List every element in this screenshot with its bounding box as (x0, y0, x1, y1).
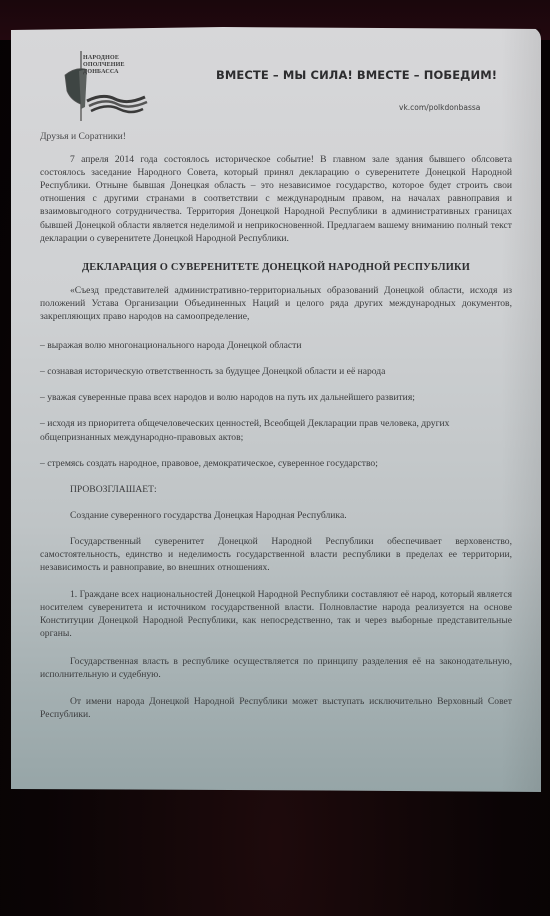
printed-leaflet: НАРОДНОЕ ОПОЛЧЕНИЕ ДОНБАССА ВМЕСТЕ – МЫ … (11, 27, 541, 792)
logo-text: НАРОДНОЕ ОПОЛЧЕНИЕ ДОНБАССА (83, 55, 125, 76)
clause-2: – сознавая историческую ответственность … (40, 365, 512, 378)
slogan-heading: ВМЕСТЕ – МЫ СИЛА! ВМЕСТЕ – ПОБЕДИМ! (216, 68, 497, 82)
clause-4: – исходя из приоритета общечеловеческих … (40, 417, 512, 443)
declaration-title: ДЕКЛАРАЦИЯ О СУВЕРЕНИТЕТЕ ДОНЕЦКОЙ НАРОД… (40, 261, 512, 274)
clause-1: – выражая волю многонационального народа… (40, 339, 512, 352)
proclaims-label: ПРОВОЗГЛАШАЕТ: (70, 483, 512, 496)
document-body: Друзья и Соратники! 7 апреля 2014 года с… (40, 130, 512, 735)
logo-line-3: ДОНБАССА (83, 69, 125, 76)
clause-3: – уважая суверенные права всех народов и… (40, 391, 512, 404)
sovereignty-paragraph: Государственный суверенитет Донецкой Нар… (40, 535, 512, 574)
supreme-council-paragraph: От имени народа Донецкой Народной Респуб… (40, 695, 512, 721)
clause-5: – стремясь создать народное, правовое, д… (40, 457, 512, 470)
separation-paragraph: Государственная власть в республике осущ… (40, 655, 512, 681)
proclaims-text: Создание суверенного государства Донецка… (70, 509, 512, 522)
greeting: Друзья и Соратники! (40, 130, 512, 143)
preamble: «Съезд представителей административно-те… (40, 284, 512, 323)
intro-paragraph: 7 апреля 2014 года состоялось историческ… (40, 153, 512, 245)
logo-line-1: НАРОДНОЕ (83, 55, 125, 62)
logo-line-2: ОПОЛЧЕНИЕ (83, 62, 125, 69)
citizens-paragraph: 1. Граждане всех национальностей Донецко… (40, 588, 512, 640)
vk-link: vk.com/polkdonbassa (399, 103, 480, 112)
